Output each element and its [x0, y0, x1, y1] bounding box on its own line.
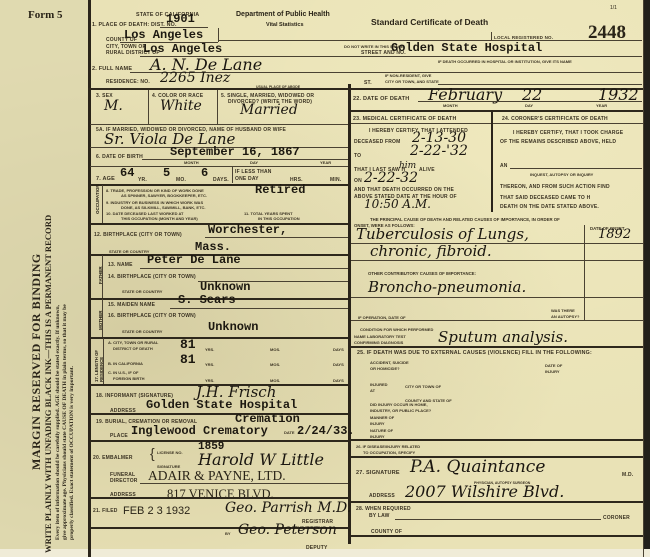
- residence-label: Residence: No.: [106, 79, 150, 85]
- district-number: 1901: [166, 12, 195, 26]
- rule: [232, 166, 233, 183]
- scan-edge: [644, 0, 650, 557]
- min-label: Min.: [330, 177, 341, 183]
- rule: [90, 413, 348, 415]
- street-value: Golden State Hospital: [391, 41, 542, 55]
- instructions-line-1: Every item of information should be care…: [55, 305, 61, 540]
- res-ca-label: b. In California: [108, 361, 143, 366]
- full-name-label: 2. Full Name: [92, 66, 132, 72]
- burial-date-label: Date: [284, 430, 295, 435]
- race-value: White: [160, 98, 202, 114]
- rule: [491, 170, 493, 212]
- less-day-label-1: If less than: [235, 169, 272, 175]
- age-days-label: Days.: [213, 177, 229, 183]
- res-ca-days-label: Days: [333, 362, 344, 367]
- trade-label-2: as spinner, sawyer, bookkeeper, etc.: [121, 193, 207, 198]
- occupation-side-label: Occupation: [95, 184, 100, 214]
- physician-signature-label: 27. Signature: [356, 470, 400, 476]
- manner-label-1: Manner of: [370, 415, 394, 420]
- dob-month-label: Month: [184, 160, 199, 165]
- father-state-label: State or Country: [122, 289, 162, 294]
- division-title: Vital Statistics: [266, 22, 304, 28]
- rule: [205, 237, 348, 238]
- embalmer-signature: Harold W Little: [198, 450, 324, 469]
- res-us-label-1: c. In U.S., if of: [108, 370, 138, 375]
- death-certificate: Form 5 MARGIN RESERVED FOR BINDING WRITE…: [0, 0, 650, 557]
- rule: [395, 519, 601, 520]
- md-label: M.D.: [622, 472, 633, 478]
- rule: [90, 124, 348, 125]
- dob-value: September 16, 1867: [170, 145, 300, 159]
- injury-date-label-2: injury: [545, 369, 560, 374]
- residence-value: 2265 Inez: [160, 70, 230, 86]
- rule: [351, 110, 643, 112]
- injury-city-label: City or town of: [405, 384, 441, 389]
- county-value: Los Angeles: [124, 28, 203, 42]
- rule: [217, 90, 218, 124]
- age-months-label: Mo.: [176, 177, 186, 183]
- director-label-2: Director: [110, 478, 138, 484]
- onset-date: 1892: [598, 227, 631, 242]
- filed-date: FEB 2 3 1932: [123, 505, 190, 517]
- attended-to: 2-22-'32: [410, 143, 468, 159]
- rule: [491, 110, 493, 170]
- occurred-text-1: and that death occurred on the: [354, 187, 454, 193]
- physician-signature: P.A. Quaintance: [410, 457, 545, 477]
- corner-mark: 1/1: [610, 5, 617, 11]
- coroner-text-5: death on the date stated above.: [500, 204, 599, 210]
- birthplace-city: Worchester,: [208, 223, 287, 237]
- hospital-note: If death occurred in hospital or institu…: [438, 59, 572, 64]
- city-value: Los Angeles: [143, 42, 222, 56]
- license-label: License No.: [157, 450, 183, 455]
- inquest-label: Inquest, autopsy or inquiry: [530, 172, 593, 177]
- father-state: Unknown: [200, 280, 250, 294]
- header-divider: [88, 88, 643, 90]
- other-causes: Broncho-pneumonia.: [368, 278, 526, 296]
- attended-to-label: to: [354, 153, 361, 159]
- rule: [102, 185, 103, 223]
- age-label: 7. Age: [96, 176, 115, 182]
- last-saw-on-label: on: [354, 178, 362, 184]
- department-title: Department of Public Health: [236, 11, 330, 18]
- embalmer-brace: {: [150, 445, 155, 461]
- res-city-years: 81: [180, 337, 196, 352]
- rule: [351, 297, 643, 298]
- accident-label-2: or homicide?: [370, 366, 400, 371]
- mother-maiden: S. Sears: [178, 293, 236, 307]
- burial-date: 2/24/33.: [297, 424, 355, 438]
- when-required-label-1: 28. When required: [356, 506, 411, 512]
- rule: [418, 101, 642, 102]
- where-label-2: industry, or public place?: [370, 408, 431, 413]
- sex-value: M.: [104, 98, 123, 114]
- rule: [140, 268, 348, 269]
- rule: [491, 32, 492, 41]
- embalmer-label: 20. Embalmer: [93, 455, 133, 461]
- column-divider: [348, 84, 351, 544]
- form-left-border: [88, 0, 91, 557]
- rule: [140, 483, 348, 484]
- rule: [584, 225, 585, 320]
- less-day-label-2: one day: [235, 176, 259, 182]
- marital-value: Married: [240, 102, 298, 118]
- injured-at-label-2: at: [370, 388, 375, 393]
- res-city-mos-label: Mos.: [270, 347, 280, 352]
- form-right-border: [643, 0, 644, 557]
- lab-test: Sputum analysis.: [438, 328, 568, 346]
- form-number: Form 5: [28, 9, 63, 21]
- autopsy-label-1: Was there: [551, 308, 575, 313]
- industry-label-2: done, as silkmill, sawmill, bank, etc.: [121, 205, 206, 210]
- rule: [351, 260, 643, 261]
- informant-address: Golden State Hospital: [146, 398, 297, 412]
- coroner-certificate-title: 24. Coroner's Certificate of Death: [502, 116, 608, 122]
- res-us-days-label: Days: [333, 378, 344, 383]
- last-worked-label-2: this occupation (month and year): [121, 216, 198, 221]
- manner-label-2: injury: [370, 421, 385, 426]
- rule: [90, 184, 348, 186]
- rule: [90, 337, 348, 339]
- rule: [351, 501, 643, 503]
- coroner-text-1: I hereby certify, that I took charge: [513, 130, 623, 136]
- last-saw-on: 2-22-32: [364, 170, 418, 186]
- rule: [102, 255, 103, 299]
- injury-date-label-1: Date of: [545, 363, 562, 368]
- funeral-director: ADAIR & PAYNE, LTD.: [148, 468, 286, 484]
- death-year-label: Year: [596, 103, 607, 108]
- rule: [103, 338, 104, 384]
- birthplace-label: 12. Birthplace (city or town): [94, 232, 182, 238]
- coroner-an-label: an: [500, 163, 508, 169]
- res-ca-mos-label: Mos.: [270, 362, 280, 367]
- when-required-label-2: by law: [369, 513, 390, 519]
- attended-from-label: deceased from: [354, 139, 401, 145]
- age-months: 5: [163, 166, 170, 180]
- cause-line-1: Tuberculosis of Lungs,: [356, 225, 529, 243]
- res-city-yrs-label: Yrs.: [205, 347, 214, 352]
- father-name-label: 13. Name: [108, 262, 133, 268]
- occupational-label-2: to occupation, specify: [363, 450, 415, 455]
- street-suffix-label: St.: [364, 80, 372, 86]
- res-city-days-label: Days: [333, 347, 344, 352]
- nonresident-label-1: If non-resident, give: [385, 73, 431, 78]
- age-years-label: Yr.: [138, 177, 147, 183]
- lab-label-1: Name laboratory test: [354, 334, 406, 339]
- local-registered-no-label: Local Registered No.: [494, 35, 553, 40]
- dob-day-label: Day: [250, 160, 258, 165]
- death-date-label: 22. Date of Death: [353, 96, 409, 102]
- rule: [142, 159, 348, 160]
- injured-at-label-1: Injured: [370, 382, 388, 387]
- rule: [351, 320, 643, 321]
- binding-margin-label: MARGIN RESERVED FOR BINDING: [29, 253, 44, 470]
- other-causes-label: Other contributory causes of importance:: [368, 271, 476, 276]
- instructions-line-3: properly classified. Exact statement of …: [69, 366, 75, 540]
- burial-place-label: Place: [110, 433, 128, 439]
- deputy-signature: Geo. Peterson: [238, 522, 337, 538]
- mother-maiden-label: 15. Maiden Name: [108, 302, 155, 308]
- res-city-label-2: district of death: [113, 346, 153, 351]
- deputy-label: Deputy: [306, 545, 327, 551]
- local-registered-no: 2448: [588, 22, 626, 44]
- age-years: 64: [120, 166, 134, 180]
- cause-line-2: chronic, fibroid.: [370, 242, 492, 260]
- father-name: Peter De Lane: [147, 253, 241, 267]
- accident-label-1: Accident, suicide: [370, 360, 409, 365]
- coroner-text-3: thereon, and from such action find: [500, 184, 610, 190]
- rule: [351, 439, 643, 441]
- external-causes-label: 25. If death was due to external causes …: [357, 350, 592, 356]
- physician-address: 2007 Wilshire Blvd.: [405, 482, 564, 501]
- certificate-title: Standard Certificate of Death: [371, 17, 488, 27]
- res-ca-yrs-label: Yrs.: [205, 362, 214, 367]
- res-city-label-1: a. City, town or rural: [108, 340, 158, 345]
- dob-year-label: Year: [320, 160, 331, 165]
- physician-address-label: Address: [369, 493, 395, 499]
- rule: [170, 308, 348, 309]
- rule: [90, 497, 348, 499]
- death-hour: 10:50 A.M.: [364, 197, 431, 211]
- res-ca-years: 81: [180, 352, 196, 367]
- condition-label: Condition for which performed: [360, 327, 433, 332]
- death-month-label: Month: [443, 103, 458, 108]
- coroner-text-4: that said deceased came to h: [500, 195, 590, 201]
- alive-label: alive: [419, 167, 435, 173]
- rule: [351, 346, 643, 348]
- coroner-text-2: of the remains described above, held: [500, 139, 616, 145]
- coroner-label: Coroner: [603, 515, 630, 521]
- by-label: By: [225, 531, 231, 536]
- mother-state: Unknown: [208, 320, 258, 334]
- filed-label: 21. Filed: [93, 508, 118, 514]
- age-days: 6: [201, 166, 208, 180]
- death-day-label: Day: [525, 103, 533, 108]
- rule: [148, 90, 149, 124]
- ink-notice: WRITE PLAINLY WITH UNFADING BLACK INK—TH…: [43, 215, 53, 553]
- instructions-line-2: give approximate age. Physicians should …: [62, 304, 68, 540]
- dob-label: 6. Date of Birth: [96, 154, 143, 160]
- medical-certificate-title: 23. Medical Certificate of Death: [353, 116, 457, 122]
- father-birthplace-label: 14. Birthplace (city or town): [108, 274, 196, 280]
- mother-birthplace-label: 16. Birthplace (city or town): [108, 313, 196, 319]
- lab-label-2: confirming diagnosis: [354, 340, 403, 345]
- rule: [102, 299, 103, 337]
- res-us-label-2: foreign birth: [113, 376, 145, 381]
- principal-cause-label-1: The principal cause of death and related…: [370, 217, 560, 222]
- birthplace-state: Mass.: [195, 240, 231, 254]
- rule: [351, 123, 643, 124]
- trade-value: Retired: [255, 183, 305, 197]
- autopsy-label-2: an autopsy?: [551, 314, 579, 319]
- mother-state-label: State or Country: [122, 329, 162, 334]
- nonresident-label-2: city or town, and state: [385, 79, 439, 84]
- burial-place: Inglewood Crematory: [131, 424, 268, 438]
- registrar-signature: Geo. Parrish M.D.: [225, 500, 351, 516]
- rule: [351, 535, 643, 537]
- occupational-label-1: 26. If disease/injury related: [356, 444, 420, 449]
- where-label-1: Did injury occur in home,: [370, 402, 428, 407]
- nature-label-1: Nature of: [370, 428, 393, 433]
- rule: [510, 168, 642, 169]
- total-years-label-2: in this occupation: [258, 216, 300, 221]
